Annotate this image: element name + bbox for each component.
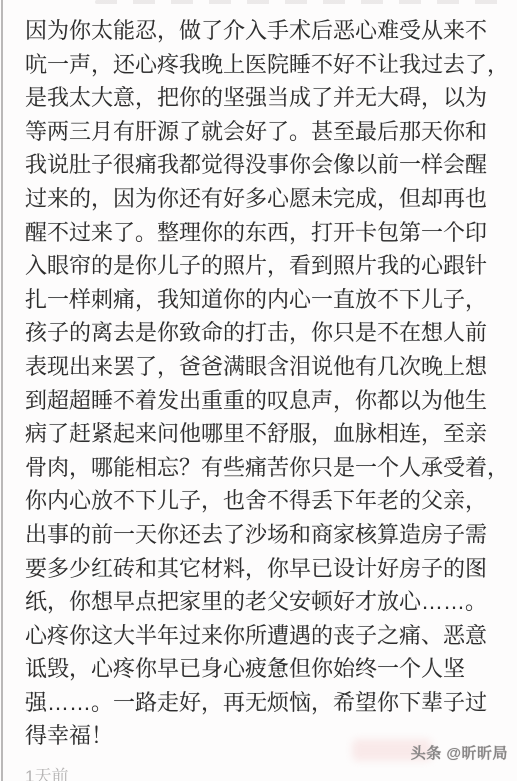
text-line: 入眼帘的是你儿子的照片，看到照片我的心跟针 (25, 249, 512, 283)
timestamp: 1天前 (25, 766, 68, 781)
text-line: 吭一声，还心疼我晚上医院睡不好不让我过去了， (25, 48, 512, 82)
text-line: 我说肚子很痛我都觉得没事你会像以前一样会醒 (25, 148, 512, 182)
cutoff-text-artifact (95, 0, 505, 4)
screenshot-edge-line (1, 0, 3, 781)
text-line: 强……。一路走好，再无烦恼，希望你下辈子过 (25, 686, 512, 720)
text-line: 到超超睡不着发出重重的叹息声，你都以为他生 (25, 384, 512, 418)
text-line: 醒不过来了。整理你的东西，打开卡包第一个印 (25, 216, 512, 250)
text-line: 出事的前一天你还去了沙场和商家核算造房子需 (25, 518, 512, 552)
text-line: 要多少红砖和其它材料，你早已设计好房子的图 (25, 552, 512, 586)
text-line: 孩子的离去是你致命的打击，你只是不在想人前 (25, 316, 512, 350)
text-line: 过来的，因为你还有好多心愿未完成，但却再也 (25, 182, 512, 216)
text-line: 扎一样刺痛，我知道你的内心一直放不下儿子， (25, 283, 512, 317)
text-line: 是我太大意，把你的坚强当成了并无大碍，以为 (25, 81, 512, 115)
text-line: 因为你太能忍，做了介入手术后恶心难受从来不 (25, 14, 512, 48)
text-line: 心疼你这大半年过来你所遭遇的丧子之痛、恶意 (25, 619, 512, 653)
text-line: 等两三月有肝源了就会好了。甚至最后那天你和 (25, 115, 512, 149)
text-line: 骨肉，哪能相忘？有些痛苦你只是一个人承受着， (25, 451, 512, 485)
text-line: 诋毁，心疼你早已身心疲惫但你始终一个人坚 (25, 652, 512, 686)
text-line: 病了赶紧起来问他哪里不舒服，血脉相连，至亲 (25, 417, 512, 451)
text-line: 纸，你想早点把家里的老父安顿好才放心……。 (25, 585, 512, 619)
post-text: 因为你太能忍，做了介入手术后恶心难受从来不吭一声，还心疼我晚上医院睡不好不让我过… (25, 14, 512, 753)
text-line: 表现出来罢了，爸爸满眼含泪说他有几次晚上想 (25, 350, 512, 384)
text-line: 你内心放不下儿子，也舍不得丢下年老的父亲， (25, 484, 512, 518)
post-screenshot: { "post": { "lines": [ "因为你太能忍，做了介入手术后恶心… (0, 0, 517, 781)
toutiao-watermark: 头条 @昕昕局 (411, 744, 508, 763)
